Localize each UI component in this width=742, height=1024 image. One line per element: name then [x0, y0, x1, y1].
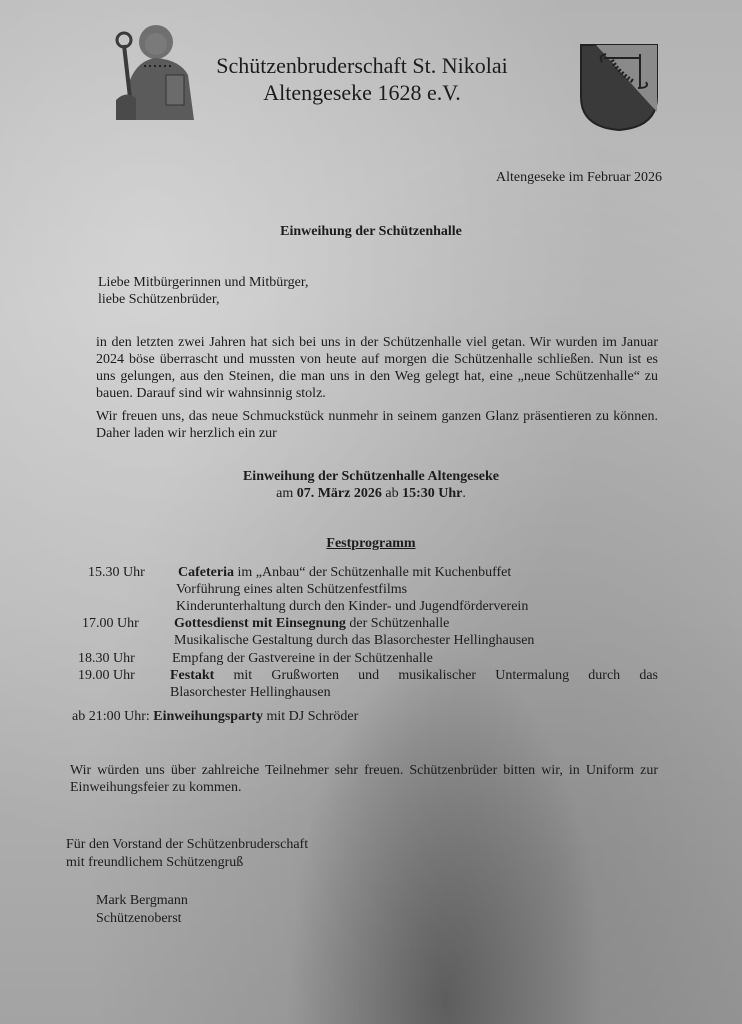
program-item-party: ab 21:00 Uhr: Einweihungsparty mit DJ Sc… — [72, 708, 358, 725]
signature-block: Mark Bergmann Schützenoberst — [96, 892, 188, 928]
program-time: 17.00 Uhr — [82, 615, 139, 632]
program-item-highlight: Cafeteria — [178, 565, 234, 580]
paragraph-intro: in den letzten zwei Jahren hat sich bei … — [96, 334, 658, 402]
program-item-highlight: Einweihungsparty — [153, 709, 263, 724]
program-item-highlight: Gottesdienst mit Einsegnung — [174, 616, 346, 631]
program-item: Blasorchester Hellinghausen — [170, 684, 331, 701]
event-time-prefix: ab — [385, 486, 398, 501]
program-item: Vorführung eines alten Schützenfestfilms — [176, 581, 407, 598]
event-time: 15:30 Uhr — [402, 486, 462, 501]
paragraph-invitation: Wir freuen uns, das neue Schmuckstück nu… — [96, 408, 658, 442]
program-time: 19.00 Uhr — [78, 667, 135, 684]
event-date: 07. März 2026 — [297, 486, 382, 501]
signoff-line-2: mit freundlichem Schützengruß — [66, 854, 308, 872]
letter-page: Schützenbruderschaft St. Nikolai Altenge… — [0, 0, 742, 1024]
organization-line-2: Altengeseke 1628 e.V. — [212, 79, 512, 106]
program-item: Musikalische Gestaltung durch das Blasor… — [174, 632, 534, 649]
salutation-line-1: Liebe Mitbürgerinnen und Mitbürger, — [98, 274, 308, 291]
event-suffix: . — [462, 486, 466, 501]
program-item: Cafeteria im „Anbau“ der Schützenhalle m… — [178, 564, 511, 581]
signer-name: Mark Bergmann — [96, 892, 188, 910]
event-date-prefix: am — [276, 486, 293, 501]
saint-nikolaus-icon — [108, 20, 198, 120]
date-line: Altengeseke im Februar 2026 — [496, 170, 662, 186]
program-item: Gottesdienst mit Einsegnung der Schützen… — [174, 615, 449, 632]
program-item: Kinderunterhaltung durch den Kinder- und… — [176, 598, 528, 615]
program-item: Festakt mit Grußworten und musikalischer… — [170, 667, 658, 684]
program-time: 18.30 Uhr — [78, 650, 135, 667]
signer-role: Schützenoberst — [96, 910, 188, 928]
salutation: Liebe Mitbürgerinnen und Mitbürger, lieb… — [98, 274, 308, 308]
event-date-line: am 07. März 2026 ab 15:30 Uhr. — [0, 485, 742, 502]
program-time: 15.30 Uhr — [88, 564, 145, 581]
program-heading: Festprogramm — [0, 536, 742, 552]
signoff-line-1: Für den Vorstand der Schützenbruderschaf… — [66, 836, 308, 854]
signoff: Für den Vorstand der Schützenbruderschaf… — [66, 836, 308, 872]
program-item: Empfang der Gastvereine in der Schützenh… — [172, 650, 433, 667]
coat-of-arms-icon — [578, 42, 660, 132]
closing-paragraph: Wir würden uns über zahlreiche Teilnehme… — [70, 762, 658, 796]
event-announcement: Einweihung der Schützenhalle Altengeseke… — [0, 468, 742, 502]
event-name: Einweihung der Schützenhalle Altengeseke — [0, 468, 742, 485]
salutation-line-2: liebe Schützenbrüder, — [98, 291, 308, 308]
organization-name: Schützenbruderschaft St. Nikolai Altenge… — [212, 52, 512, 106]
letter-title: Einweihung der Schützenhalle — [0, 224, 742, 240]
program-item-highlight: Festakt — [170, 668, 214, 683]
organization-line-1: Schützenbruderschaft St. Nikolai — [212, 52, 512, 79]
